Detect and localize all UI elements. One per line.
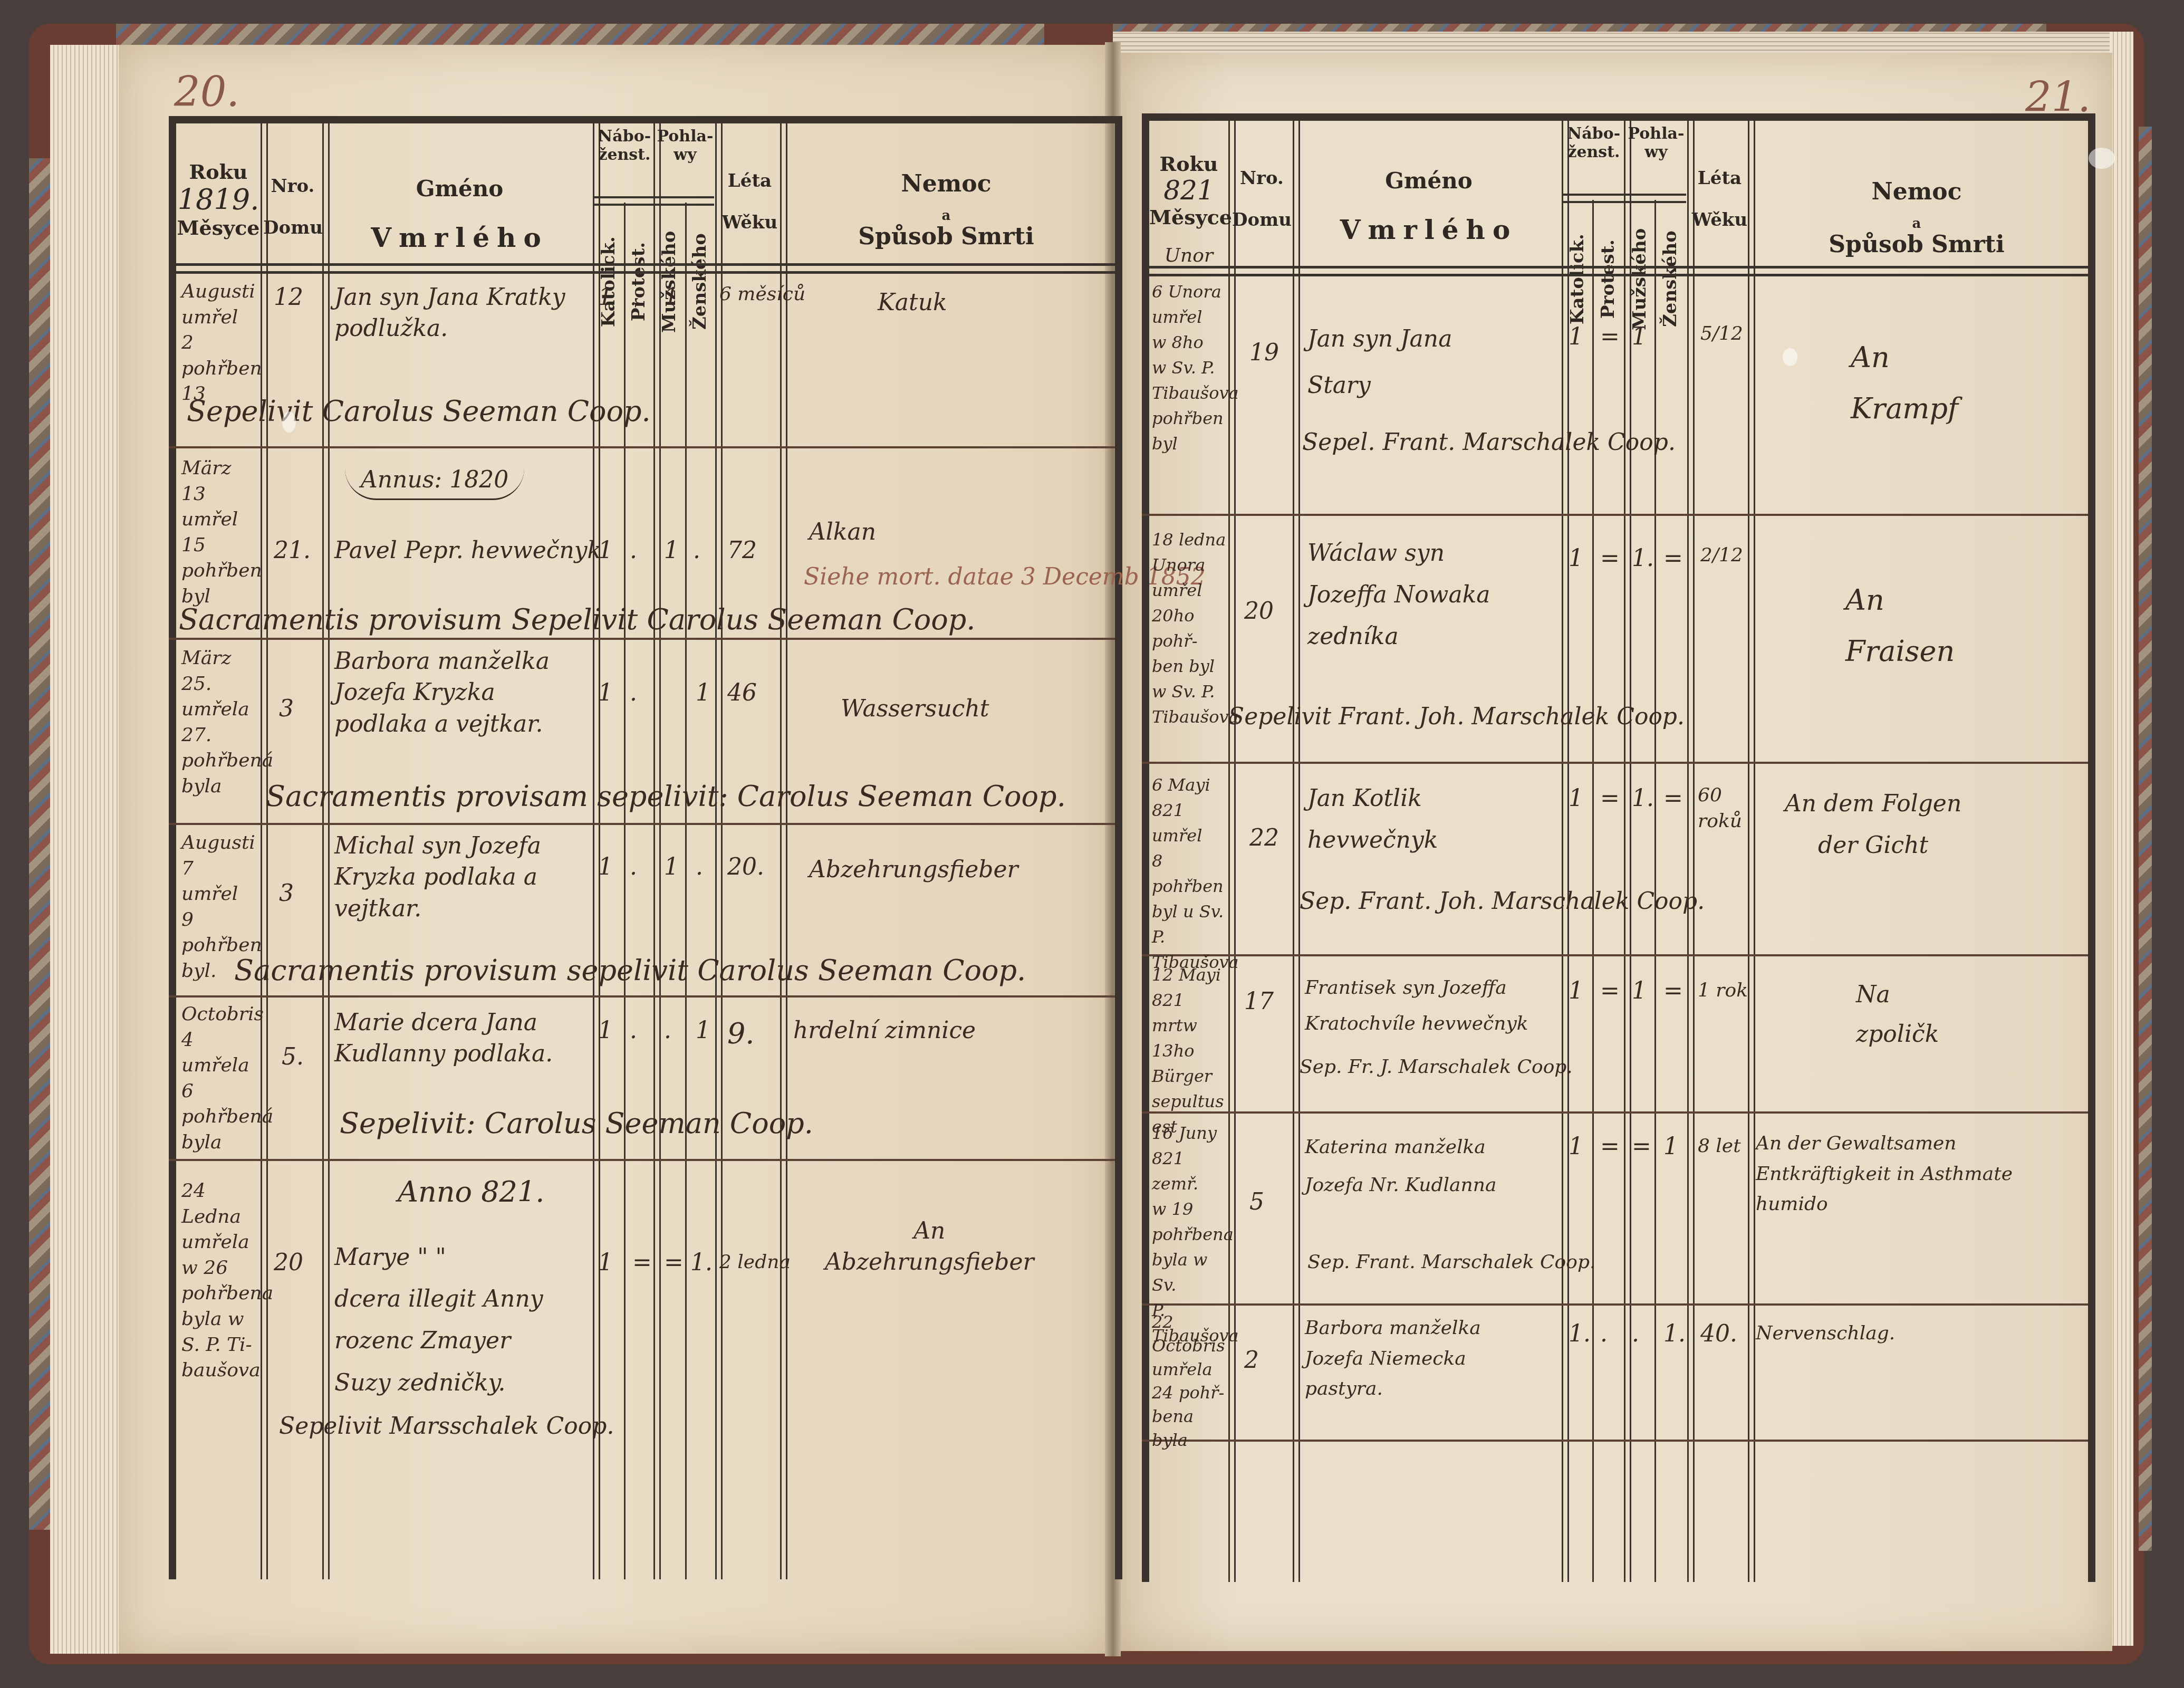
paper-damage-spot bbox=[2089, 148, 2115, 169]
right-register-table: Roku 821 Měsyce Unor Nro. Domu Gméno Vmr… bbox=[1142, 113, 2095, 1582]
header-name: Gméno Vmrlého bbox=[326, 176, 593, 253]
row-separator bbox=[1142, 1303, 2088, 1306]
col-divider bbox=[780, 123, 787, 1579]
year-annotation: Anno 821. bbox=[398, 1173, 544, 1212]
header-religion: Nábo- ženst. bbox=[1564, 125, 1623, 161]
header-name: Gméno Vmrlého bbox=[1297, 168, 1561, 245]
header-female: Ženského bbox=[689, 213, 713, 350]
header-sex: Pohla- wy bbox=[1627, 125, 1686, 161]
header-year: Roku 821 Měsyce Unor bbox=[1149, 152, 1228, 266]
left-register-table: Roku 1819. Měsyce Nro. Domu Gméno Vmrléh… bbox=[169, 116, 1122, 1579]
left-page-stack-edges bbox=[50, 45, 121, 1654]
col-divider bbox=[322, 123, 330, 1579]
col-divider bbox=[685, 203, 687, 1579]
header-age: Léta Wěku bbox=[1691, 168, 1748, 231]
row-separator bbox=[169, 995, 1115, 998]
col-divider bbox=[1228, 121, 1236, 1582]
row-separator bbox=[169, 823, 1115, 825]
cover-marbling-left bbox=[29, 158, 50, 1530]
header-separator bbox=[169, 263, 1115, 274]
col-divider bbox=[261, 123, 268, 1579]
paper-damage-spot bbox=[282, 411, 296, 433]
col-divider bbox=[1293, 121, 1300, 1582]
header-cause-of-death: Nemoc a Spůsob Smrti bbox=[1753, 179, 2080, 258]
row-separator bbox=[1142, 1111, 2088, 1114]
cover-marbling-right bbox=[2139, 127, 2152, 1551]
row-separator bbox=[1142, 1440, 2088, 1442]
header-religion: Nábo- ženst. bbox=[595, 128, 653, 164]
row-separator bbox=[169, 446, 1115, 448]
year-annotation: Annus: 1820 bbox=[345, 461, 524, 500]
right-page-stack-edges-side bbox=[2110, 32, 2133, 1646]
header-year: Roku 1819. Měsyce bbox=[176, 160, 261, 239]
header-house-number: Nro. Domu bbox=[1231, 168, 1293, 231]
cover-marbling-top-left bbox=[116, 24, 1044, 45]
header-sex: Pohla- wy bbox=[656, 128, 714, 164]
row-separator bbox=[169, 1159, 1115, 1161]
header-female: Ženského bbox=[1660, 210, 1683, 348]
header-separator bbox=[1142, 266, 2088, 276]
col-divider bbox=[1687, 121, 1695, 1582]
month-handwritten: Unor bbox=[1149, 245, 1228, 266]
col-divider bbox=[715, 123, 723, 1579]
row-separator bbox=[1142, 514, 2088, 516]
row-separator bbox=[1142, 762, 2088, 764]
header-age: Léta Wěku bbox=[719, 171, 780, 233]
left-page-number: 20. bbox=[174, 69, 239, 116]
row-separator bbox=[1142, 954, 2088, 956]
col-divider bbox=[1748, 121, 1755, 1582]
group-header-underline bbox=[1562, 194, 1686, 203]
header-house-number: Nro. Domu bbox=[263, 176, 322, 238]
group-header-underline bbox=[593, 196, 714, 206]
paper-damage-spot bbox=[1783, 348, 1797, 366]
header-cause-of-death: Nemoc a Spůsob Smrti bbox=[785, 171, 1107, 251]
